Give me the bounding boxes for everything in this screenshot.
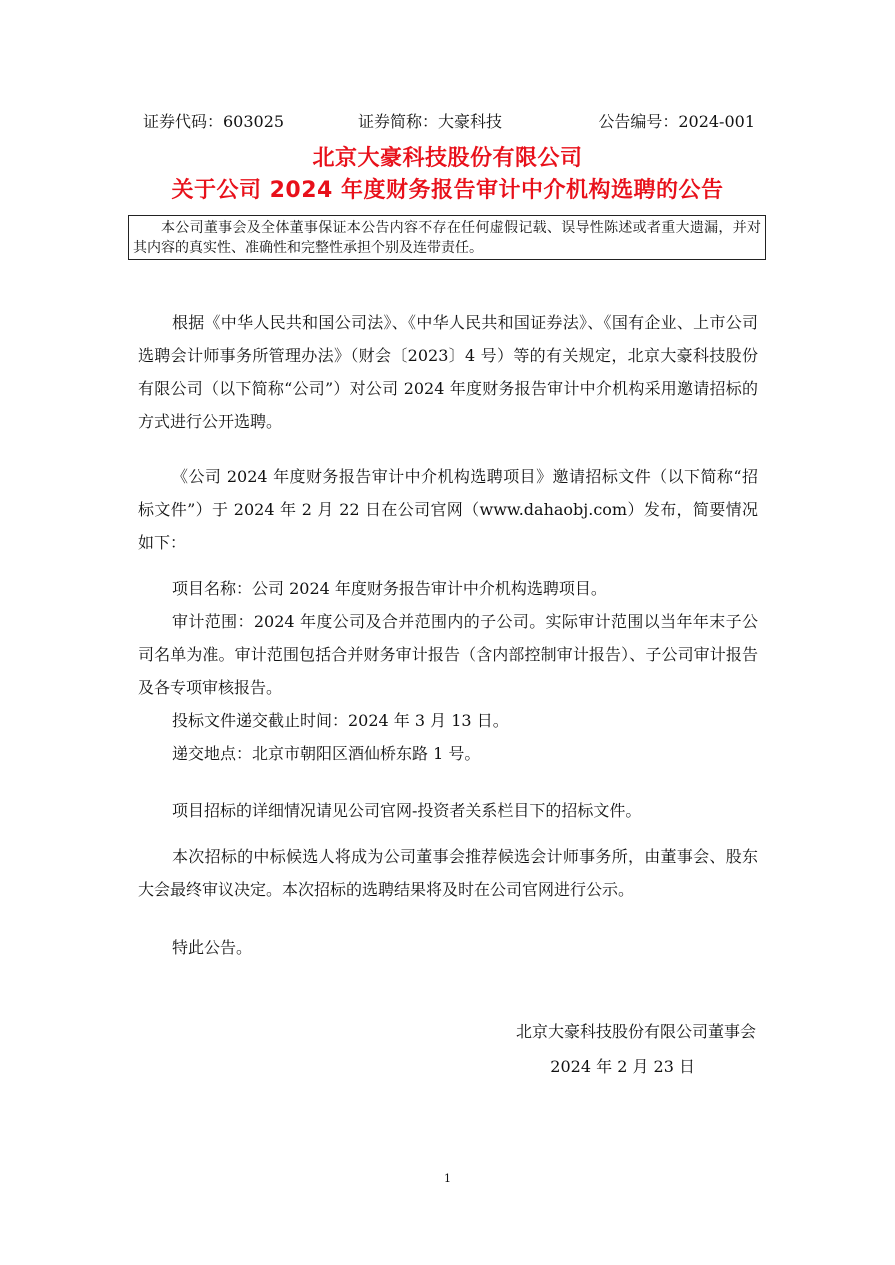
company-title: 北京大豪科技股份有限公司 <box>0 144 895 174</box>
notice-text: 本公司董事会及全体董事保证本公告内容不存在任何虚假记载、误导性陈述或者重大遗漏，… <box>133 218 761 258</box>
announcement-title: 关于公司 2024 年度财务报告审计中介机构选聘的公告 <box>0 176 895 206</box>
tender-summary-list: 项目名称：公司 2024 年度财务报告审计中介机构选聘项目。 审计范围：2024… <box>138 572 758 770</box>
paragraph-legal-basis: 根据《中华人民共和国公司法》、《中华人民共和国证券法》、《国有企业、上市公司选聘… <box>138 306 758 438</box>
paragraph-closing: 特此公告。 <box>138 931 758 964</box>
paragraph-selection-result: 本次招标的中标候选人将成为公司董事会推荐候选会计师事务所，由董事会、股东大会最终… <box>138 840 758 906</box>
list-item-deadline: 投标文件递交截止时间：2024 年 3 月 13 日。 <box>138 704 758 737</box>
list-item-audit-scope: 审计范围：2024 年度公司及合并范围内的子公司。实际审计范围以当年年末子公司名… <box>138 605 758 704</box>
announcement-page: 证券代码：603025 证券简称：大豪科技 公告编号：2024-001 北京大豪… <box>0 0 895 1265</box>
list-item-submission-location: 递交地点：北京市朝阳区酒仙桥东路 1 号。 <box>138 737 758 770</box>
paragraph-text: 本次招标的中标候选人将成为公司董事会推荐候选会计师事务所，由董事会、股东大会最终… <box>138 840 758 906</box>
closing-text: 特此公告。 <box>138 931 758 964</box>
signature-date: 2024 年 2 月 23 日 <box>550 1056 695 1078</box>
page-number: 1 <box>0 1172 895 1185</box>
list-item-project-name: 项目名称：公司 2024 年度财务报告审计中介机构选聘项目。 <box>138 572 758 605</box>
paragraph-tender-document: 《公司 2024 年度财务报告审计中介机构选聘项目》邀请招标文件（以下简称“招标… <box>138 460 758 559</box>
paragraph-text: 根据《中华人民共和国公司法》、《中华人民共和国证券法》、《国有企业、上市公司选聘… <box>138 306 758 438</box>
signature-organization: 北京大豪科技股份有限公司董事会 <box>516 1021 756 1043</box>
stock-abbreviation: 证券简称：大豪科技 <box>358 111 502 133</box>
announcement-number: 公告编号：2024-001 <box>598 111 755 133</box>
stock-code: 证券代码：603025 <box>143 111 284 133</box>
paragraph-text: 项目招标的详细情况请见公司官网-投资者关系栏目下的招标文件。 <box>138 794 758 827</box>
paragraph-text: 《公司 2024 年度财务报告审计中介机构选聘项目》邀请招标文件（以下简称“招标… <box>138 460 758 559</box>
board-guarantee-notice: 本公司董事会及全体董事保证本公告内容不存在任何虚假记载、误导性陈述或者重大遗漏，… <box>128 215 766 260</box>
paragraph-details-reference: 项目招标的详细情况请见公司官网-投资者关系栏目下的招标文件。 <box>138 794 758 827</box>
